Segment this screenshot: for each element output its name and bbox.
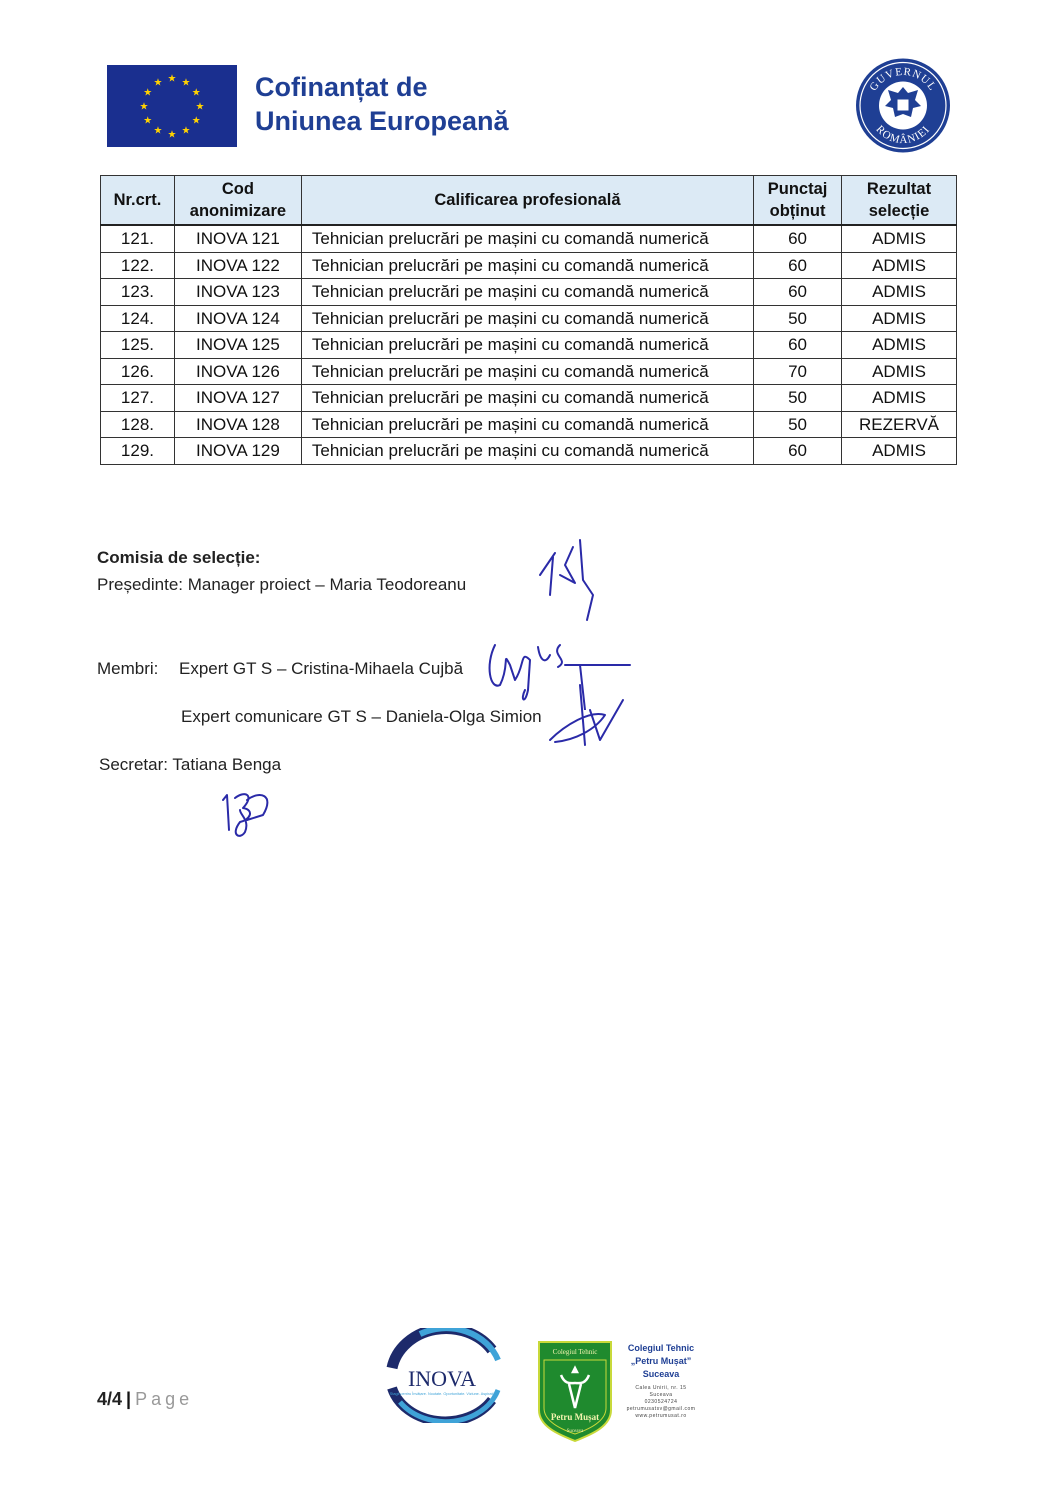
school-shield-icon: Colegiul Tehnic Petru Mușat Suceava — [537, 1340, 613, 1442]
svg-text:★: ★ — [182, 77, 191, 88]
page-number-value: 4/4 — [97, 1389, 122, 1409]
svg-text:Colegiul Tehnic: Colegiul Tehnic — [553, 1348, 598, 1356]
table-row: 122.INOVA 122Tehnician prelucrări pe maș… — [101, 252, 957, 279]
school-name-line: Suceava — [620, 1368, 702, 1381]
committee-members-label: Membri: — [97, 659, 158, 679]
cell-nr: 124. — [101, 305, 175, 332]
col-punctaj-header: Punctajobținut — [754, 176, 842, 226]
cell-nr: 129. — [101, 438, 175, 465]
table-row: 125.INOVA 125Tehnician prelucrări pe maș… — [101, 332, 957, 359]
committee-title: Comisia de selecție: — [97, 548, 260, 568]
eu-flag-icon: ★★★★★★★★★★★★ — [107, 65, 237, 147]
cell-nr: 127. — [101, 385, 175, 412]
table-row: 121.INOVA 121Tehnician prelucrări pe maș… — [101, 225, 957, 252]
cell-cod: INOVA 129 — [174, 438, 301, 465]
cell-nr: 128. — [101, 411, 175, 438]
page-separator: | — [126, 1389, 131, 1409]
guvernul-romaniei-seal-icon: GUVERNUL ROMÂNIEI — [853, 57, 953, 154]
col-cod-anonimizare-header: Codanonimizare — [174, 176, 301, 226]
cell-calificare: Tehnician prelucrări pe mașini cu comand… — [301, 225, 753, 252]
cell-calificare: Tehnician prelucrări pe mașini cu comand… — [301, 411, 753, 438]
signature-president-icon — [535, 535, 605, 625]
table-row: 123.INOVA 123Tehnician prelucrări pe maș… — [101, 279, 957, 306]
svg-text:★: ★ — [192, 116, 201, 127]
eu-cofinancing-title: Cofinanțat de Uniunea Europeană — [255, 70, 509, 138]
cell-rezultat: ADMIS — [842, 225, 957, 252]
school-name-line: Colegiul Tehnic — [620, 1342, 702, 1355]
svg-text:★: ★ — [154, 126, 163, 137]
cell-calificare: Tehnician prelucrări pe mașini cu comand… — [301, 332, 753, 359]
cell-punctaj: 50 — [754, 305, 842, 332]
school-address-line: www.petrumusat.ro — [620, 1413, 702, 1420]
committee-secretary: Secretar: Tatiana Benga — [99, 755, 281, 775]
cell-calificare: Tehnician prelucrări pe mașini cu comand… — [301, 438, 753, 465]
school-address-line: petrumusatsv@gmail.com — [620, 1406, 702, 1413]
cell-punctaj: 60 — [754, 252, 842, 279]
svg-text:★: ★ — [182, 126, 191, 137]
cell-calificare: Tehnician prelucrări pe mașini cu comand… — [301, 252, 753, 279]
cell-calificare: Tehnician prelucrări pe mașini cu comand… — [301, 358, 753, 385]
signature-member2-icon — [545, 680, 630, 750]
svg-text:★: ★ — [140, 102, 149, 113]
svg-text:★: ★ — [143, 88, 152, 99]
cell-nr: 121. — [101, 225, 175, 252]
cell-rezultat: REZERVĂ — [842, 411, 957, 438]
page-number: 4/4|Page — [97, 1389, 193, 1410]
table-header-row: Nr.crt.CodanonimizareCalificarea profesi… — [101, 176, 957, 226]
cell-cod: INOVA 121 — [174, 225, 301, 252]
cell-rezultat: ADMIS — [842, 279, 957, 306]
cell-rezultat: ADMIS — [842, 332, 957, 359]
svg-text:INOVA: INOVA — [408, 1366, 476, 1391]
cell-cod: INOVA 125 — [174, 332, 301, 359]
school-name-line: „Petru Mușat” — [620, 1355, 702, 1368]
cell-nr: 126. — [101, 358, 175, 385]
cell-punctaj: 70 — [754, 358, 842, 385]
cell-punctaj: 60 — [754, 225, 842, 252]
table-row: 129.INOVA 129Tehnician prelucrări pe maș… — [101, 438, 957, 465]
cell-rezultat: ADMIS — [842, 252, 957, 279]
svg-text:★: ★ — [196, 102, 205, 113]
col-calificare-header: Calificarea profesională — [301, 176, 753, 226]
table-row: 124.INOVA 124Tehnician prelucrări pe maș… — [101, 305, 957, 332]
svg-text:★: ★ — [143, 116, 152, 127]
cell-calificare: Tehnician prelucrări pe mașini cu comand… — [301, 305, 753, 332]
table-row: 128.INOVA 128Tehnician prelucrări pe maș… — [101, 411, 957, 438]
school-address-line: Suceava — [620, 1392, 702, 1399]
cell-cod: INOVA 128 — [174, 411, 301, 438]
svg-text:Stagii pentru Învățare. Noutat: Stagii pentru Învățare. Noutate. Oportun… — [390, 1391, 495, 1396]
cell-calificare: Tehnician prelucrări pe mașini cu comand… — [301, 279, 753, 306]
cell-cod: INOVA 123 — [174, 279, 301, 306]
cell-cod: INOVA 122 — [174, 252, 301, 279]
cell-nr: 125. — [101, 332, 175, 359]
table-row: 127.INOVA 127Tehnician prelucrări pe maș… — [101, 385, 957, 412]
svg-text:★: ★ — [192, 88, 201, 99]
cell-rezultat: ADMIS — [842, 358, 957, 385]
page-label: Page — [135, 1389, 193, 1409]
signature-secretary-icon — [215, 780, 280, 845]
svg-text:Petru Mușat: Petru Mușat — [551, 1412, 599, 1422]
col-nr-crt-header: Nr.crt. — [101, 176, 175, 226]
col-rezultat-header: Rezultatselecție — [842, 176, 957, 226]
cell-nr: 122. — [101, 252, 175, 279]
svg-text:★: ★ — [154, 77, 163, 88]
cell-rezultat: ADMIS — [842, 438, 957, 465]
cell-cod: INOVA 124 — [174, 305, 301, 332]
cell-nr: 123. — [101, 279, 175, 306]
cell-rezultat: ADMIS — [842, 305, 957, 332]
inova-logo-icon: INOVA Stagii pentru Învățare. Noutate. O… — [380, 1328, 505, 1423]
cell-punctaj: 50 — [754, 411, 842, 438]
results-table: Nr.crt.CodanonimizareCalificarea profesi… — [100, 175, 957, 465]
committee-president: Președinte: Manager proiect – Maria Teod… — [97, 575, 466, 595]
svg-text:★: ★ — [168, 74, 177, 85]
school-address-line: 0230524724 — [620, 1399, 702, 1406]
eu-text-line2: Uniunea Europeană — [255, 104, 509, 138]
committee-member-2: Expert comunicare GT S – Daniela-Olga Si… — [181, 707, 542, 727]
cell-rezultat: ADMIS — [842, 385, 957, 412]
school-contact-info: Colegiul Tehnic„Petru Mușat”Suceava Cale… — [620, 1342, 702, 1420]
cell-punctaj: 60 — [754, 279, 842, 306]
cell-punctaj: 60 — [754, 438, 842, 465]
cell-punctaj: 60 — [754, 332, 842, 359]
cell-cod: INOVA 127 — [174, 385, 301, 412]
svg-text:★: ★ — [168, 130, 177, 141]
cell-cod: INOVA 126 — [174, 358, 301, 385]
committee-member-1: Expert GT S – Cristina-Mihaela Cujbă — [179, 659, 463, 679]
eu-text-line1: Cofinanțat de — [255, 70, 509, 104]
table-row: 126.INOVA 126Tehnician prelucrări pe maș… — [101, 358, 957, 385]
cell-punctaj: 50 — [754, 385, 842, 412]
svg-text:Suceava: Suceava — [567, 1429, 584, 1434]
cell-calificare: Tehnician prelucrări pe mașini cu comand… — [301, 385, 753, 412]
school-address-line: Calea Unirii, nr. 15 — [620, 1385, 702, 1392]
